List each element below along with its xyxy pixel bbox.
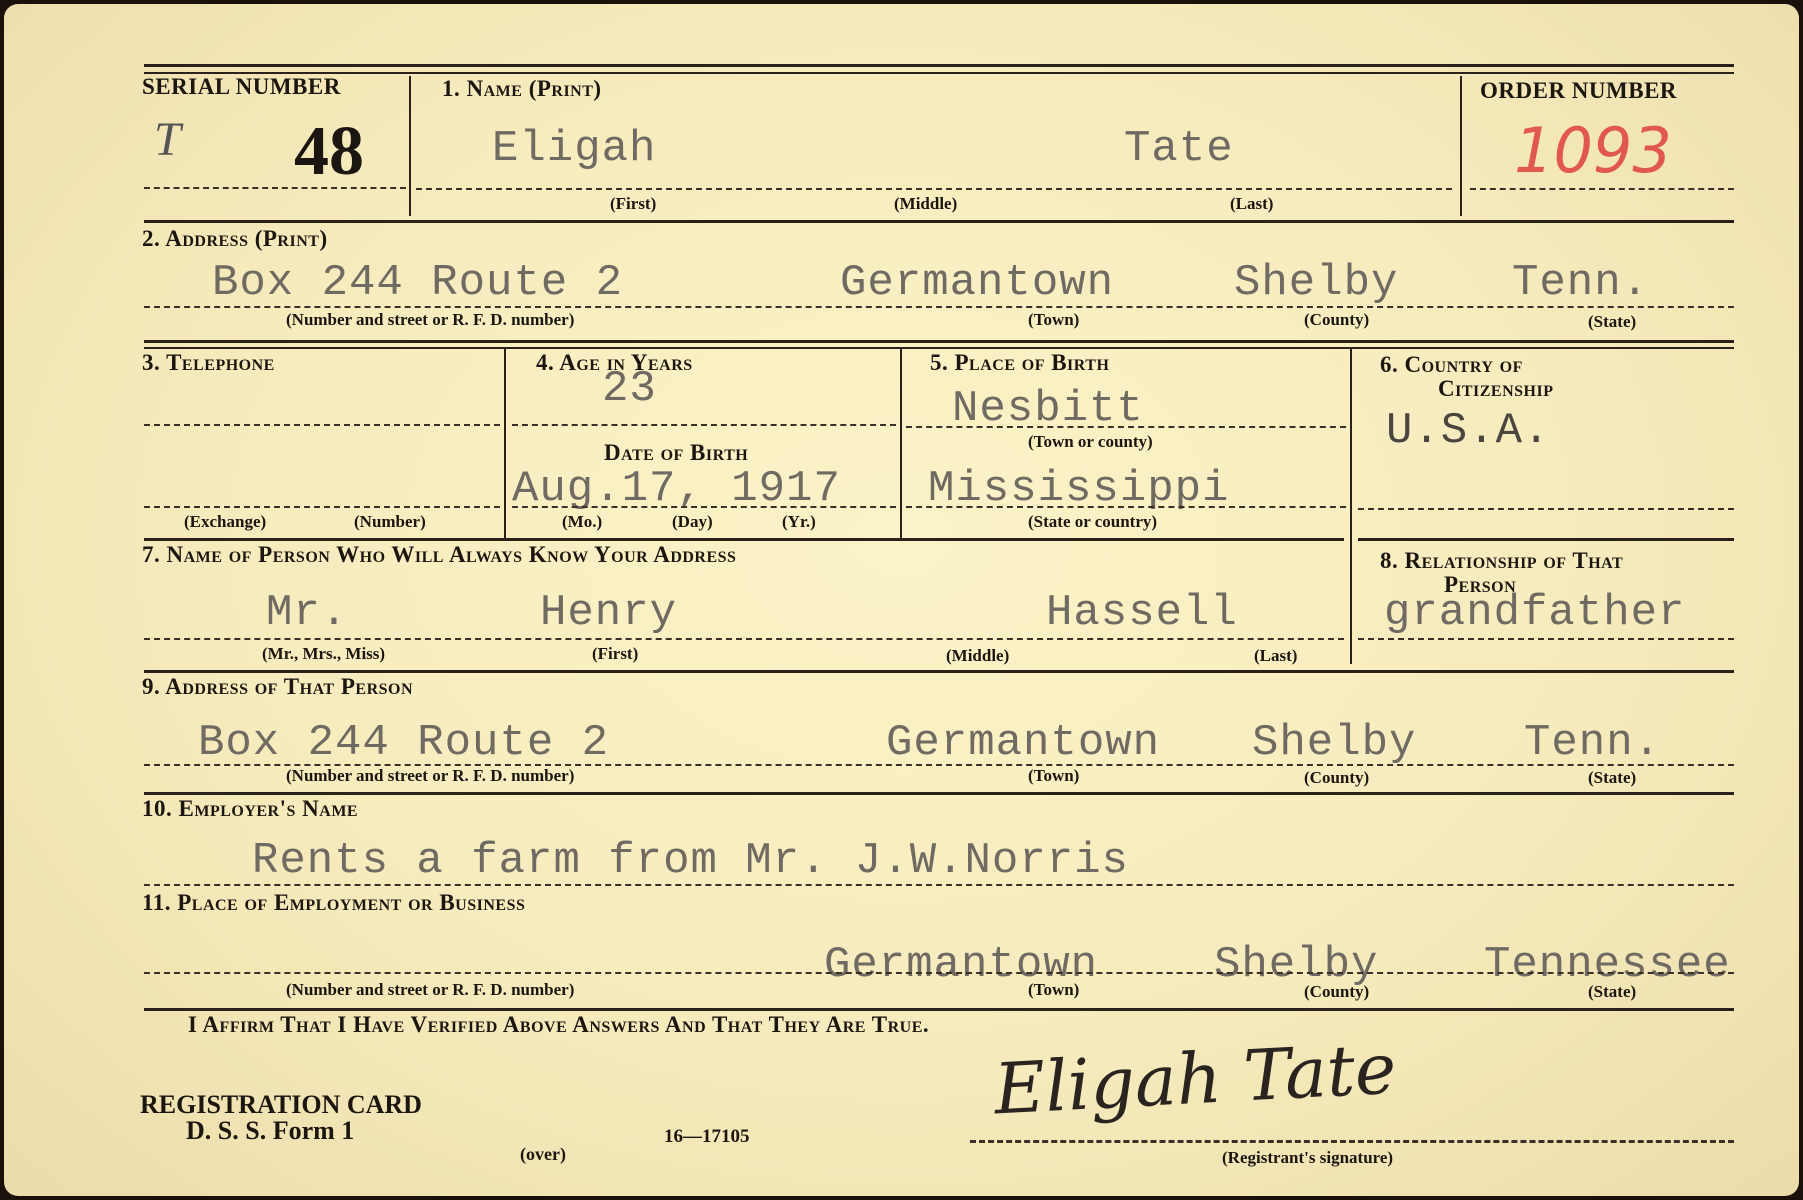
relationship-label-1: 8. Relationship of That: [1380, 548, 1623, 574]
contact-address-label: 9. Address of That Person: [142, 674, 413, 700]
over-note: (over): [520, 1144, 566, 1165]
serial-number-value: 48: [294, 112, 364, 192]
affirmation-text: I Affirm That I Have Verified Above Answ…: [188, 1012, 929, 1038]
order-number-value: 1093: [1514, 114, 1672, 187]
employment-county-caption: (County): [1304, 982, 1369, 1002]
serial-number-label: SERIAL NUMBER: [142, 74, 341, 100]
yr-caption: (Yr.): [782, 512, 816, 532]
telephone-label: 3. Telephone: [142, 350, 275, 376]
contact-last: Hassell: [1046, 588, 1238, 638]
contact-last-caption: (Last): [1254, 646, 1297, 666]
first-name-value: Eligah: [492, 124, 656, 174]
mo-caption: (Mo.): [562, 512, 602, 532]
order-number-label: ORDER NUMBER: [1480, 78, 1677, 104]
contact-address-county: Shelby: [1252, 718, 1416, 768]
town-county-caption: (Town or county): [1028, 432, 1153, 452]
age-value: 23: [602, 364, 657, 414]
contact-first-caption: (First): [592, 644, 638, 664]
contact-middle-caption: (Middle): [946, 646, 1009, 666]
state-caption: (State): [1588, 312, 1636, 332]
signature-caption: (Registrant's signature): [1222, 1148, 1393, 1168]
print-code: 16—17105: [664, 1126, 750, 1148]
relationship-value: grandfather: [1384, 588, 1685, 638]
registration-card: SERIAL NUMBER T 48 1. Name (Print) Eliga…: [4, 4, 1799, 1196]
citizenship-value: U.S.A.: [1386, 406, 1550, 456]
contact-label: 7. Name of Person Who Will Always Know Y…: [142, 542, 736, 568]
employment-label: 11. Place of Employment or Business: [142, 890, 525, 916]
citizenship-label-1: 6. Country of: [1380, 352, 1523, 378]
birthplace-label: 5. Place of Birth: [930, 350, 1109, 376]
exchange-caption: (Exchange): [184, 512, 266, 532]
name-label: 1. Name (Print): [442, 76, 602, 102]
contact-street-caption: (Number and street or R. F. D. number): [286, 766, 574, 786]
serial-prefix: T: [154, 112, 181, 167]
address-street: Box 244 Route 2: [212, 258, 623, 308]
last-caption: (Last): [1230, 194, 1273, 214]
street-caption: (Number and street or R. F. D. number): [286, 310, 574, 330]
employer-label: 10. Employer's Name: [142, 796, 358, 822]
form-number: D. S. S. Form 1: [186, 1116, 354, 1146]
number-caption: (Number): [354, 512, 426, 532]
address-label: 2. Address (Print): [142, 226, 328, 252]
contact-title: Mr.: [266, 588, 348, 638]
employment-street-caption: (Number and street or R. F. D. number): [286, 980, 574, 1000]
middle-caption: (Middle): [894, 194, 957, 214]
first-caption: (First): [610, 194, 656, 214]
address-state: Tenn.: [1512, 258, 1649, 308]
address-county: Shelby: [1234, 258, 1398, 308]
dob-label: Date of Birth: [604, 440, 748, 466]
citizenship-label-2: Citizenship: [1438, 376, 1553, 402]
contact-first: Henry: [540, 588, 677, 638]
contact-address-town: Germantown: [886, 718, 1160, 768]
contact-address-state: Tenn.: [1524, 718, 1661, 768]
title-caption: (Mr., Mrs., Miss): [262, 644, 385, 664]
day-caption: (Day): [672, 512, 713, 532]
contact-town-caption: (Town): [1028, 766, 1079, 786]
state-country-caption: (State or country): [1028, 512, 1157, 532]
registrant-signature: Eligah Tate: [992, 1028, 1398, 1131]
employment-state-caption: (State): [1588, 982, 1636, 1002]
town-caption: (Town): [1028, 310, 1079, 330]
county-caption: (County): [1304, 310, 1369, 330]
contact-state-caption: (State): [1588, 768, 1636, 788]
contact-address-street: Box 244 Route 2: [198, 718, 609, 768]
employer-value: Rents a farm from Mr. J.W.Norris: [252, 836, 1129, 886]
contact-county-caption: (County): [1304, 768, 1369, 788]
employment-town-caption: (Town): [1028, 980, 1079, 1000]
address-town: Germantown: [840, 258, 1114, 308]
last-name-value: Tate: [1124, 124, 1234, 174]
